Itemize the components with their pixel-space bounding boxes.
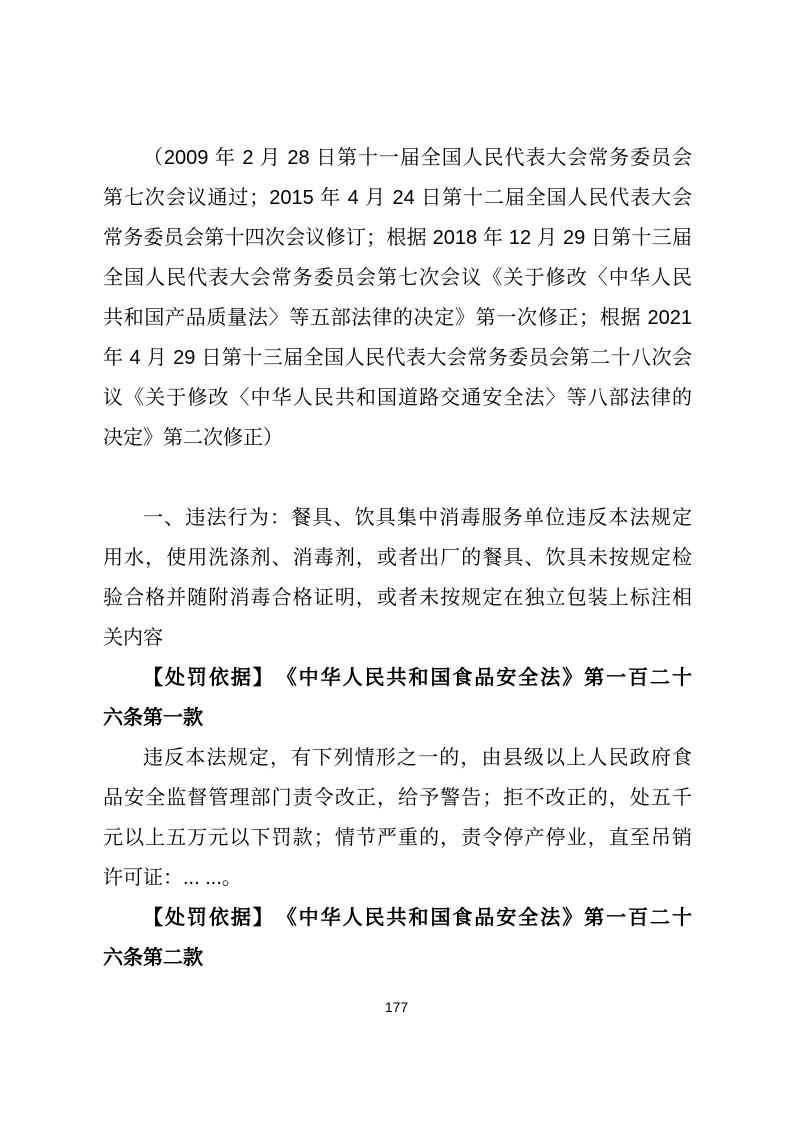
penalty-basis-heading-2: 【处罚依据】 《中华人民共和国食品安全法》第一百二十 六条第二款 <box>103 898 692 978</box>
text-line: 常务委员会第十四次会议修订；根据 2018 年 12 月 29 日第十三届 <box>103 218 692 258</box>
intro-paragraph: （2009 年 2 月 28 日第十一届全国人民代表大会常务委员会 第七次会议通… <box>103 138 692 458</box>
text-line: 违反本法规定，有下列情形之一的，由县级以上人民政府食 <box>103 738 692 778</box>
text-line: 共和国产品质量法〉等五部法律的决定》第一次修正；根据 2021 <box>103 298 692 338</box>
document-page: （2009 年 2 月 28 日第十一届全国人民代表大会常务委员会 第七次会议通… <box>0 0 793 1122</box>
text-line: 一、违法行为：餐具、饮具集中消毒服务单位违反本法规定 <box>103 498 692 538</box>
document-content: （2009 年 2 月 28 日第十一届全国人民代表大会常务委员会 第七次会议通… <box>103 138 692 978</box>
text-line: 全国人民代表大会常务委员会第七次会议《关于修改〈中华人民 <box>103 258 692 298</box>
text-line: 许可证：... ...。 <box>103 858 692 898</box>
text-line: 决定》第二次修正） <box>103 418 692 458</box>
penalty-clause-paragraph: 违反本法规定，有下列情形之一的，由县级以上人民政府食 品安全监督管理部门责令改正… <box>103 738 692 898</box>
text-line: 第七次会议通过；2015 年 4 月 24 日第十二届全国人民代表大会 <box>103 178 692 218</box>
text-line: 议《关于修改〈中华人民共和国道路交通安全法〉等八部法律的 <box>103 378 692 418</box>
page-number: 177 <box>0 998 793 1016</box>
penalty-basis-heading-1: 【处罚依据】 《中华人民共和国食品安全法》第一百二十 六条第一款 <box>103 658 692 738</box>
text-line: 六条第二款 <box>103 938 692 978</box>
text-line: 年 4 月 29 日第十三届全国人民代表大会常务委员会第二十八次会 <box>103 338 692 378</box>
text-line: 【处罚依据】 《中华人民共和国食品安全法》第一百二十 <box>103 898 692 938</box>
text-line: 元以上五万元以下罚款；情节严重的，责令停产停业，直至吊销 <box>103 818 692 858</box>
text-line: 关内容 <box>103 618 692 658</box>
text-line: 品安全监督管理部门责令改正，给予警告；拒不改正的，处五千 <box>103 778 692 818</box>
violation-paragraph: 一、违法行为：餐具、饮具集中消毒服务单位违反本法规定 用水，使用洗涤剂、消毒剂，… <box>103 498 692 658</box>
text-line: （2009 年 2 月 28 日第十一届全国人民代表大会常务委员会 <box>103 138 692 178</box>
text-line: 六条第一款 <box>103 698 692 738</box>
text-line: 用水，使用洗涤剂、消毒剂，或者出厂的餐具、饮具未按规定检 <box>103 538 692 578</box>
text-line: 【处罚依据】 《中华人民共和国食品安全法》第一百二十 <box>103 658 692 698</box>
text-line: 验合格并随附消毒合格证明，或者未按规定在独立包装上标注相 <box>103 578 692 618</box>
